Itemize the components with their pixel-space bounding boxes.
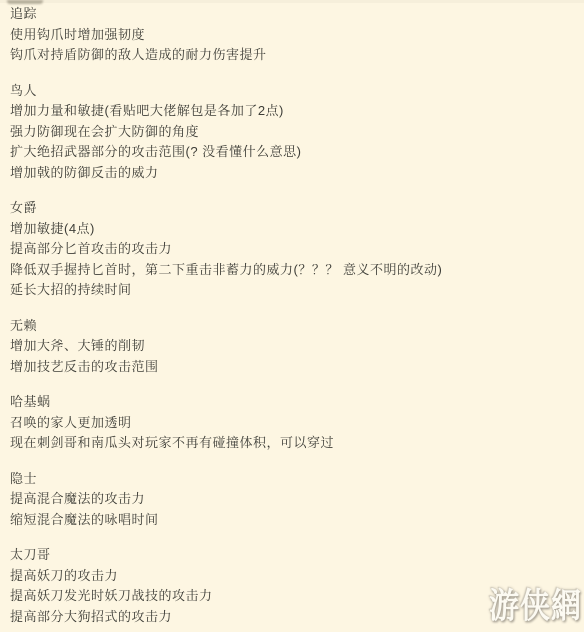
- note-line: 钩爪对持盾防御的敌人造成的耐力伤害提升: [10, 45, 580, 66]
- section-title: 女爵: [10, 198, 580, 219]
- note-line: 延长大招的持续时间: [10, 280, 580, 301]
- section-wulai: 无赖 增加大斧、大锤的削韧 增加技艺反击的攻击范围: [10, 316, 580, 378]
- note-line: 使用钩爪时增加强韧度: [10, 25, 580, 46]
- note-line: 增加戟的防御反击的威力: [10, 163, 580, 184]
- section-title: 鸟人: [10, 81, 580, 102]
- note-line: 增加技艺反击的攻击范围: [10, 357, 580, 378]
- cropped-top-edge: [0, 0, 584, 3]
- note-line: 降低双手握持匕首时，第二下重击非蓄力的威力(？？？ 意义不明的改动): [10, 260, 580, 281]
- section-yinshi: 隐士 提高混合魔法的攻击力 缩短混合魔法的咏唱时间: [10, 469, 580, 531]
- section-title: 隐士: [10, 469, 580, 490]
- note-line: 召唤的家人更加透明: [10, 413, 580, 434]
- note-line: 缩短混合魔法的咏唱时间: [10, 510, 580, 531]
- note-line: 提高混合魔法的攻击力: [10, 489, 580, 510]
- note-line: 增加敏捷(4点): [10, 219, 580, 240]
- note-line: 强力防御现在会扩大防御的角度: [10, 122, 580, 143]
- note-line: 增加力量和敏捷(看贴吧大佬解包是各加了2点): [10, 101, 580, 122]
- section-title: 无赖: [10, 316, 580, 337]
- note-line: 现在刺剑哥和南瓜头对玩家不再有碰撞体积，可以穿过: [10, 433, 580, 454]
- note-line: 扩大绝招武器部分的攻击范围(? 没看懂什么意思): [10, 142, 580, 163]
- section-hajiwo: 哈基蜗 召唤的家人更加透明 现在刺剑哥和南瓜头对玩家不再有碰撞体积，可以穿过: [10, 392, 580, 454]
- note-line: 增加大斧、大锤的削韧: [10, 336, 580, 357]
- section-niaoren: 鸟人 增加力量和敏捷(看贴吧大佬解包是各加了2点) 强力防御现在会扩大防御的角度…: [10, 81, 580, 184]
- section-title: 哈基蜗: [10, 392, 580, 413]
- section-nvjue: 女爵 增加敏捷(4点) 提高部分匕首攻击的攻击力 降低双手握持匕首时，第二下重击…: [10, 198, 580, 301]
- youxia-site-watermark: 游侠網: [489, 577, 582, 628]
- section-zhuizong: 追踪 使用钩爪时增加强韧度 钩爪对持盾防御的敌人造成的耐力伤害提升: [10, 4, 580, 66]
- section-title: 太刀哥: [10, 545, 580, 566]
- section-title: 追踪: [10, 4, 580, 25]
- patch-notes-text: 追踪 使用钩爪时增加强韧度 钩爪对持盾防御的敌人造成的耐力伤害提升 鸟人 增加力…: [10, 4, 580, 627]
- note-line: 提高部分匕首攻击的攻击力: [10, 239, 580, 260]
